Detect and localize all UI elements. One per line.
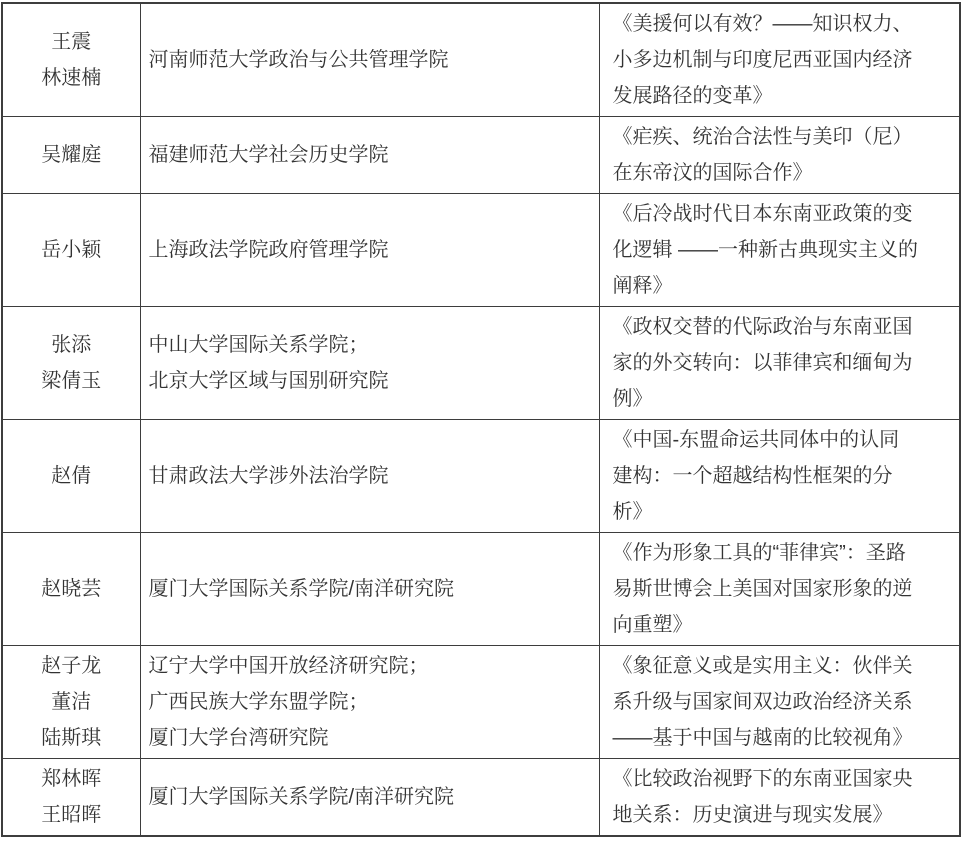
author-name: 林速楠 — [7, 60, 136, 96]
title-cell: 《比较政治视野下的东南亚国家央地关系：历史演进与现实发展》 — [599, 759, 960, 837]
author-name: 陆斯琪 — [7, 720, 136, 756]
paper-title: 《作为形象工具的“菲律宾”：圣路易斯世博会上美国对国家形象的逆向重塑》 — [613, 535, 920, 643]
paper-title: 《美援何以有效？——知识权力、小多边机制与印度尼西亚国内经济发展路径的变革》 — [613, 6, 920, 114]
author-name: 吴耀庭 — [7, 137, 136, 173]
affiliation-name: 北京大学区域与国别研究院 — [149, 363, 589, 399]
paper-title: 《政权交替的代际政治与东南亚国家的外交转向：以菲律宾和缅甸为例》 — [613, 309, 920, 417]
affiliation-name: 河南师范大学政治与公共管理学院 — [149, 42, 589, 78]
author-name: 王昭晖 — [7, 797, 136, 833]
paper-title: 《后冷战时代日本东南亚政策的变化逻辑 ——一种新古典现实主义的阐释》 — [613, 196, 920, 304]
affiliation-cell: 河南师范大学政治与公共管理学院 — [140, 3, 599, 117]
authors-cell: 赵倩 — [2, 420, 140, 533]
authors-cell: 岳小颖 — [2, 194, 140, 307]
paper-title: 《疟疾、统治合法性与美印（尼）在东帝汶的国际合作》 — [613, 119, 920, 191]
affiliation-name: 辽宁大学中国开放经济研究院； — [149, 648, 589, 684]
author-name: 赵晓芸 — [7, 571, 136, 607]
affiliation-name: 广西民族大学东盟学院； — [149, 684, 589, 720]
title-cell: 《作为形象工具的“菲律宾”：圣路易斯世博会上美国对国家形象的逆向重塑》 — [599, 533, 960, 646]
author-name: 梁倩玉 — [7, 363, 136, 399]
table-row: 赵倩 甘肃政法大学涉外法治学院 《中国-东盟命运共同体中的认同建构：一个超越结构… — [2, 420, 960, 533]
affiliation-cell: 辽宁大学中国开放经济研究院；广西民族大学东盟学院；厦门大学台湾研究院 — [140, 646, 599, 759]
affiliation-name: 上海政法学院政府管理学院 — [149, 232, 589, 268]
author-name: 郑林晖 — [7, 761, 136, 797]
author-name: 赵子龙 — [7, 648, 136, 684]
document-page: 王震林速楠 河南师范大学政治与公共管理学院 《美援何以有效？——知识权力、小多边… — [0, 0, 961, 841]
papers-table: 王震林速楠 河南师范大学政治与公共管理学院 《美援何以有效？——知识权力、小多边… — [1, 2, 961, 837]
table-row: 张添梁倩玉 中山大学国际关系学院；北京大学区域与国别研究院 《政权交替的代际政治… — [2, 307, 960, 420]
paper-title: 《比较政治视野下的东南亚国家央地关系：历史演进与现实发展》 — [613, 761, 920, 833]
title-cell: 《象征意义或是实用主义：伙伴关系升级与国家间双边政治经济关系——基于中国与越南的… — [599, 646, 960, 759]
authors-cell: 郑林晖王昭晖 — [2, 759, 140, 837]
affiliation-name: 甘肃政法大学涉外法治学院 — [149, 458, 589, 494]
affiliation-cell: 甘肃政法大学涉外法治学院 — [140, 420, 599, 533]
authors-cell: 赵晓芸 — [2, 533, 140, 646]
author-name: 王震 — [7, 24, 136, 60]
table-row: 王震林速楠 河南师范大学政治与公共管理学院 《美援何以有效？——知识权力、小多边… — [2, 3, 960, 117]
affiliation-cell: 上海政法学院政府管理学院 — [140, 194, 599, 307]
table-row: 赵子龙董洁陆斯琪 辽宁大学中国开放经济研究院；广西民族大学东盟学院；厦门大学台湾… — [2, 646, 960, 759]
affiliation-name: 厦门大学台湾研究院 — [149, 720, 589, 756]
title-cell: 《美援何以有效？——知识权力、小多边机制与印度尼西亚国内经济发展路径的变革》 — [599, 3, 960, 117]
affiliation-cell: 中山大学国际关系学院；北京大学区域与国别研究院 — [140, 307, 599, 420]
table-row: 赵晓芸 厦门大学国际关系学院/南洋研究院 《作为形象工具的“菲律宾”：圣路易斯世… — [2, 533, 960, 646]
title-cell: 《政权交替的代际政治与东南亚国家的外交转向：以菲律宾和缅甸为例》 — [599, 307, 960, 420]
affiliation-cell: 福建师范大学社会历史学院 — [140, 117, 599, 194]
title-cell: 《后冷战时代日本东南亚政策的变化逻辑 ——一种新古典现实主义的阐释》 — [599, 194, 960, 307]
affiliation-name: 厦门大学国际关系学院/南洋研究院 — [149, 779, 589, 815]
author-name: 赵倩 — [7, 458, 136, 494]
papers-table-body: 王震林速楠 河南师范大学政治与公共管理学院 《美援何以有效？——知识权力、小多边… — [2, 3, 960, 836]
paper-title: 《象征意义或是实用主义：伙伴关系升级与国家间双边政治经济关系——基于中国与越南的… — [613, 648, 920, 756]
authors-cell: 吴耀庭 — [2, 117, 140, 194]
affiliation-name: 福建师范大学社会历史学院 — [149, 137, 589, 173]
affiliation-name: 厦门大学国际关系学院/南洋研究院 — [149, 571, 589, 607]
paper-title: 《中国-东盟命运共同体中的认同建构：一个超越结构性框架的分析》 — [613, 422, 920, 530]
authors-cell: 赵子龙董洁陆斯琪 — [2, 646, 140, 759]
affiliation-cell: 厦门大学国际关系学院/南洋研究院 — [140, 533, 599, 646]
title-cell: 《疟疾、统治合法性与美印（尼）在东帝汶的国际合作》 — [599, 117, 960, 194]
authors-cell: 王震林速楠 — [2, 3, 140, 117]
author-name: 董洁 — [7, 684, 136, 720]
affiliation-name: 中山大学国际关系学院； — [149, 327, 589, 363]
author-name: 岳小颖 — [7, 232, 136, 268]
table-row: 岳小颖 上海政法学院政府管理学院 《后冷战时代日本东南亚政策的变化逻辑 ——一种… — [2, 194, 960, 307]
table-row: 郑林晖王昭晖 厦门大学国际关系学院/南洋研究院 《比较政治视野下的东南亚国家央地… — [2, 759, 960, 837]
title-cell: 《中国-东盟命运共同体中的认同建构：一个超越结构性框架的分析》 — [599, 420, 960, 533]
author-name: 张添 — [7, 327, 136, 363]
affiliation-cell: 厦门大学国际关系学院/南洋研究院 — [140, 759, 599, 837]
table-row: 吴耀庭 福建师范大学社会历史学院 《疟疾、统治合法性与美印（尼）在东帝汶的国际合… — [2, 117, 960, 194]
authors-cell: 张添梁倩玉 — [2, 307, 140, 420]
